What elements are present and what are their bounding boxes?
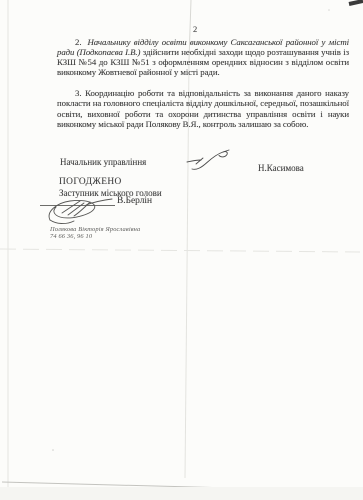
horizontal-crease-streak [0, 249, 360, 252]
dust-speck [328, 9, 330, 11]
scanned-document-page: 2 2.Начальнику відділу освіти виконкому … [0, 0, 363, 500]
kasymova-signature [186, 147, 232, 175]
paragraph-2: 2.Начальнику відділу освіти виконкому Са… [57, 37, 349, 77]
corner-artifact-mark [349, 1, 363, 4]
document-body: 2.Начальнику відділу освіти виконкому Са… [57, 37, 349, 129]
paragraph-2-number: 2. [75, 37, 81, 47]
paragraph-3-text: 3. Координацію роботи та відповідальніст… [57, 88, 349, 128]
approval-label: ПОГОДЖЕНО [59, 177, 122, 187]
scanner-bed-band [0, 487, 363, 500]
head-of-department-name: Н.Касимова [258, 163, 304, 173]
head-of-department-title: Начальник управління [60, 157, 146, 167]
dust-speck [52, 449, 54, 451]
deputy-mayor-name: В.Берлін [117, 196, 152, 206]
executor-name: Полякова Вікторія Ярославівна [50, 226, 140, 233]
paragraph-3: 3. Координацію роботи та відповідальніст… [57, 88, 349, 128]
berlin-signature [42, 192, 116, 228]
executor-phone: 74 66 36, 96 10 [50, 233, 92, 240]
page-number: 2 [193, 24, 197, 34]
